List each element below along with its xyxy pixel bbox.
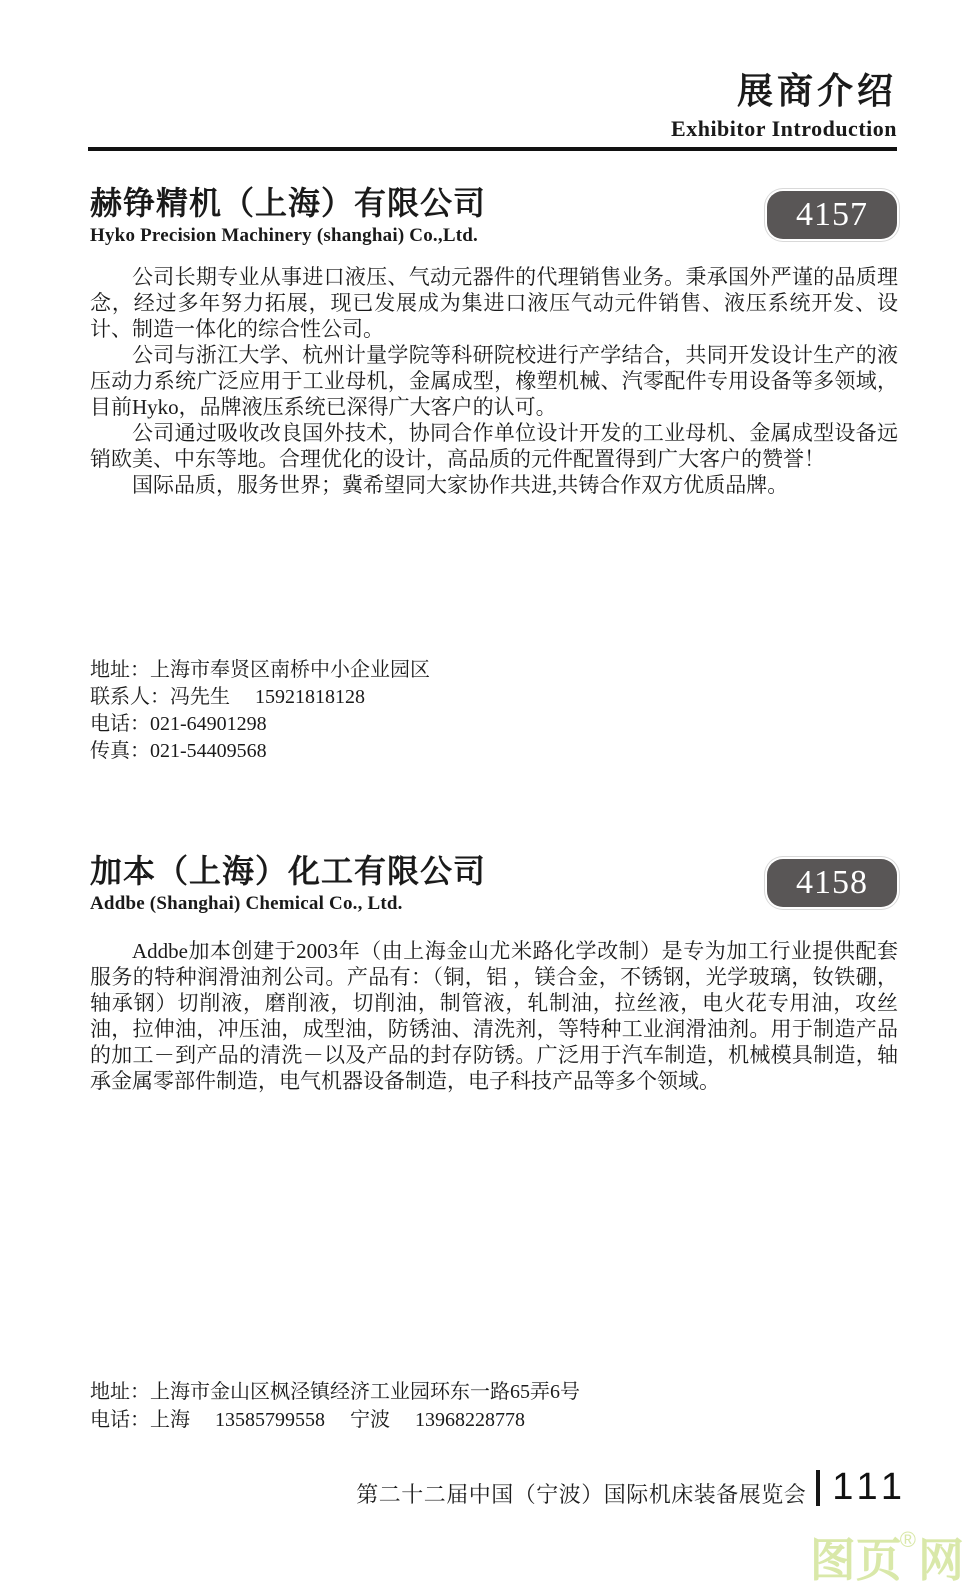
company-1-paragraph: 公司长期专业从事进口液压、气动元器件的代理销售业务。秉承国外严谨的品质理念，经过… <box>90 264 898 342</box>
company-2-contact: 地址：上海市金山区枫泾镇经济工业园环东一路65弄6号 电话：上海 1358579… <box>90 1378 898 1434</box>
watermark: 图页®网 <box>810 1537 964 1583</box>
company-2-description: Addbe加本创建于2003年（由上海金山尤米路化学改制）是专为加工行业提供配套… <box>90 938 898 1094</box>
company-2-header: 加本（上海）化工有限公司 Addbe (Shanghai) Chemical C… <box>90 851 897 915</box>
company-1-contact-person-line: 联系人：冯先生 15921818128 <box>90 684 898 711</box>
company-1-names: 赫铮精机（上海）有限公司 Hyko Precision Machinery (s… <box>90 183 486 247</box>
page-title: 展商介绍 <box>671 72 897 112</box>
footer-divider <box>816 1470 820 1506</box>
company-2-names: 加本（上海）化工有限公司 Addbe (Shanghai) Chemical C… <box>90 851 486 915</box>
company-1-paragraph: 公司通过吸收改良国外技术，协同合作单位设计开发的工业母机、金属成型设备远销欧美、… <box>90 420 898 472</box>
company-1-booth-badge: 4157 <box>767 191 897 239</box>
company-1-name-cn: 赫铮精机（上海）有限公司 <box>90 183 486 223</box>
company-1-paragraph: 国际品质，服务世界；冀希望同大家协作共进,共铸合作双方优质品牌。 <box>90 472 898 498</box>
watermark-text-left: 图页 <box>810 1534 902 1583</box>
page-header: 展商介绍 Exhibitor Introduction <box>671 72 897 142</box>
page-subtitle: Exhibitor Introduction <box>671 116 897 142</box>
company-2-booth-badge: 4158 <box>767 859 897 907</box>
company-2-address-line: 地址：上海市金山区枫泾镇经济工业园环东一路65弄6号 <box>90 1378 898 1406</box>
company-1-fax-line: 传真：021-54409568 <box>90 738 898 765</box>
page-number: 111 <box>832 1466 908 1509</box>
page-footer: 第二十二届中国（宁波）国际机床装备展览会 111 <box>356 1466 908 1509</box>
company-1-header: 赫铮精机（上海）有限公司 Hyko Precision Machinery (s… <box>90 183 897 247</box>
company-2-paragraph: Addbe加本创建于2003年（由上海金山尤米路化学改制）是专为加工行业提供配套… <box>90 938 898 1094</box>
company-1-phone-line: 电话：021-64901298 <box>90 711 898 738</box>
watermark-text-right: 网 <box>918 1534 964 1583</box>
company-1-address-line: 地址：上海市奉贤区南桥中小企业园区 <box>90 657 898 684</box>
exhibition-title: 第二十二届中国（宁波）国际机床装备展览会 <box>356 1478 806 1509</box>
company-1-name-en: Hyko Precision Machinery (shanghai) Co.,… <box>90 225 486 247</box>
catalog-page: 展商介绍 Exhibitor Introduction 赫铮精机（上海）有限公司… <box>0 0 980 1583</box>
header-rule <box>88 147 897 151</box>
registered-trademark-icon: ® <box>900 1527 916 1552</box>
company-1-paragraph: 公司与浙江大学、杭州计量学院等科研院校进行产学结合，共同开发设计生产的液压动力系… <box>90 342 898 420</box>
company-2-name-cn: 加本（上海）化工有限公司 <box>90 851 486 891</box>
company-2-name-en: Addbe (Shanghai) Chemical Co., Ltd. <box>90 893 486 915</box>
company-1-contact: 地址：上海市奉贤区南桥中小企业园区 联系人：冯先生 15921818128 电话… <box>90 657 898 765</box>
company-2-phone-line: 电话：上海 13585799558 宁波 13968228778 <box>90 1406 898 1434</box>
company-1-description: 公司长期专业从事进口液压、气动元器件的代理销售业务。秉承国外严谨的品质理念，经过… <box>90 264 898 498</box>
